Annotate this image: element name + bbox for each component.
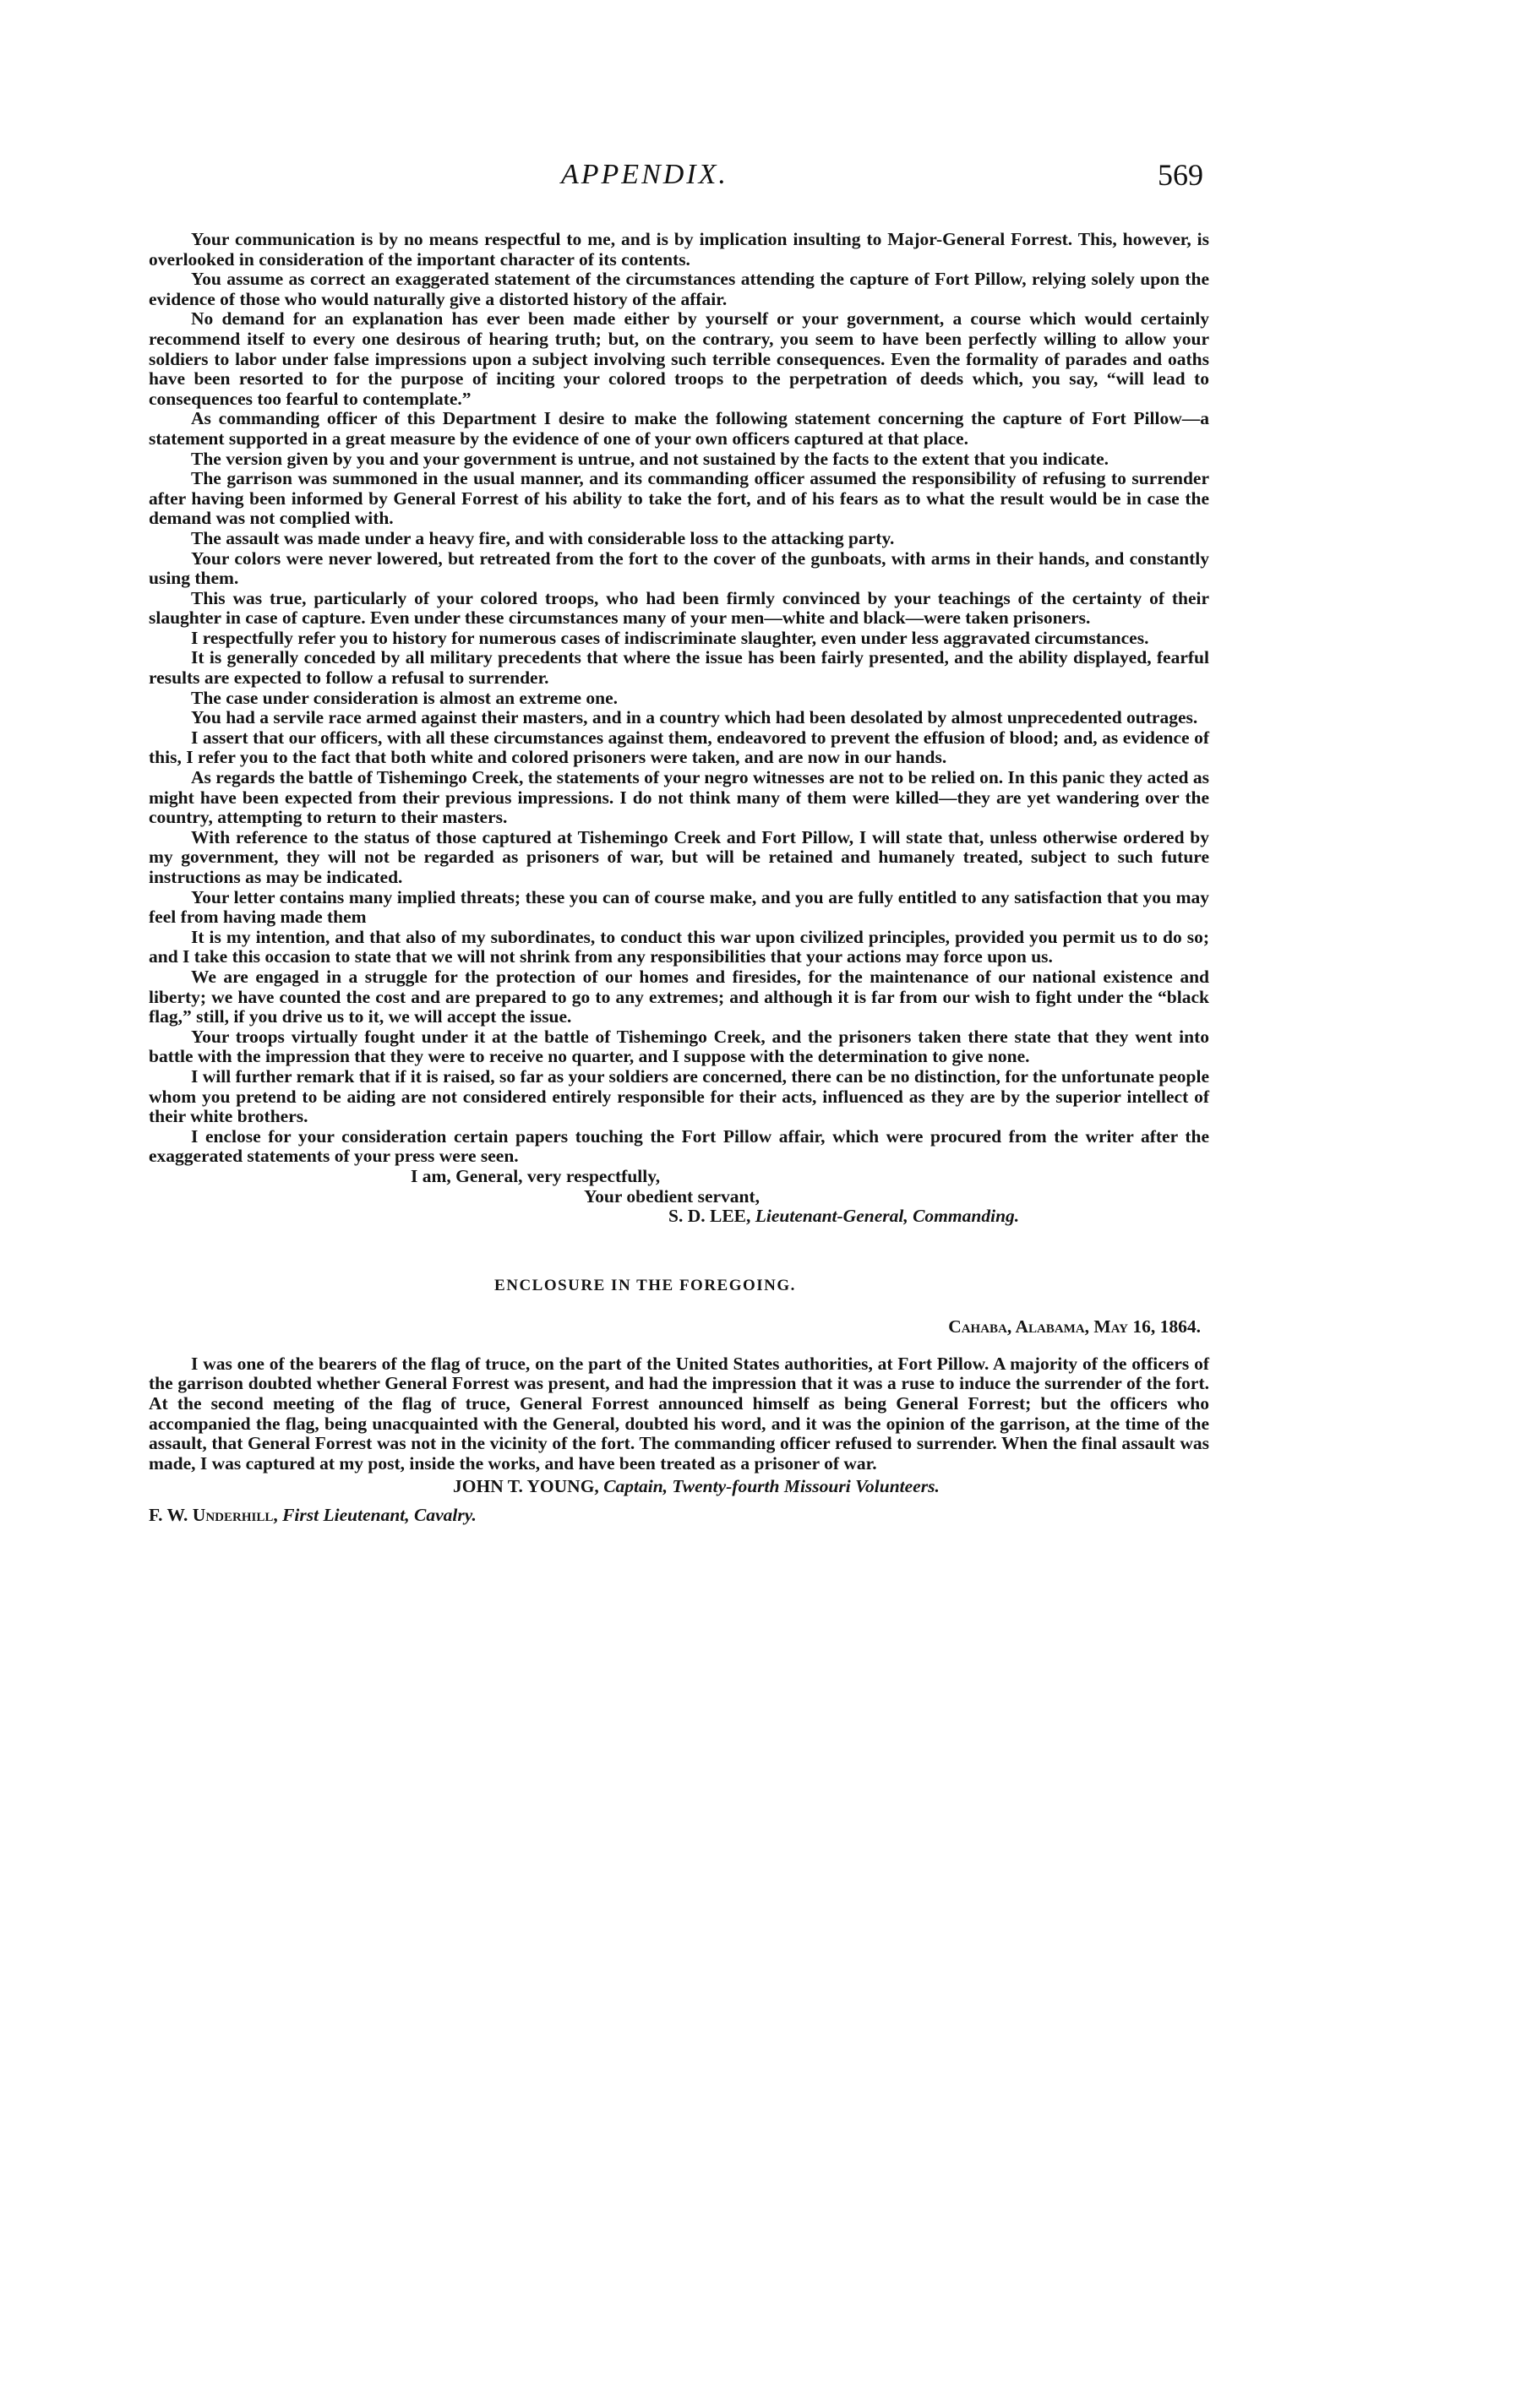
paragraph: Your troops virtually fought under it at… xyxy=(149,1027,1209,1067)
paragraph: I assert that our officers, with all the… xyxy=(149,728,1209,768)
paragraph: The assault was made under a heavy fire,… xyxy=(149,529,1209,549)
valediction: Your obedient servant, xyxy=(149,1187,1209,1207)
signer-name: F. W. Underhill, xyxy=(149,1505,278,1525)
signer-rank: Lieutenant-General, Commanding. xyxy=(755,1206,1019,1226)
letter-closing: I am, General, very respectfully, Your o… xyxy=(149,1167,1209,1227)
signer-rank: Captain, Twenty-fourth Missouri Voluntee… xyxy=(603,1476,940,1496)
paragraph: I will further remark that if it is rais… xyxy=(149,1067,1209,1127)
paragraph: It is my intention, and that also of my … xyxy=(149,928,1209,967)
enclosure-paragraph: I was one of the bearers of the flag of … xyxy=(149,1354,1209,1474)
page-number: 569 xyxy=(1158,157,1203,193)
paragraph: As commanding officer of this Department… xyxy=(149,409,1209,449)
running-head: APPENDIX. 569 xyxy=(0,159,1521,193)
letter-body: Your communication is by no means respec… xyxy=(149,230,1209,1167)
paragraph: You had a servile race armed against the… xyxy=(149,708,1209,728)
paragraph: This was true, particularly of your colo… xyxy=(149,589,1209,629)
running-title: APPENDIX. xyxy=(561,159,728,191)
book-page: APPENDIX. 569 Your communication is by n… xyxy=(0,0,1521,2408)
paragraph: The case under consideration is almost a… xyxy=(149,689,1209,709)
signer-rank: First Lieutenant, Cavalry. xyxy=(282,1505,477,1525)
paragraph: I enclose for your consideration certain… xyxy=(149,1127,1209,1167)
paragraph: The version given by you and your govern… xyxy=(149,449,1209,470)
page-body: Your communication is by no means respec… xyxy=(149,230,1209,1526)
enclosure-dateline: Cahaba, Alabama, May 16, 1864. xyxy=(149,1317,1209,1337)
paragraph: It is generally conceded by all military… xyxy=(149,648,1209,688)
paragraph: Your communication is by no means respec… xyxy=(149,230,1209,270)
signature-lee: S. D. LEE, Lieutenant-General, Commandin… xyxy=(149,1207,1209,1227)
paragraph: The garrison was summoned in the usual m… xyxy=(149,469,1209,529)
signer-name: S. D. LEE, xyxy=(668,1206,750,1226)
paragraph: We are engaged in a struggle for the pro… xyxy=(149,967,1209,1027)
paragraph: I respectfully refer you to history for … xyxy=(149,629,1209,649)
complimentary-close: I am, General, very respectfully, xyxy=(149,1167,1209,1187)
signer-name: JOHN T. YOUNG, xyxy=(453,1476,599,1496)
paragraph: With reference to the status of those ca… xyxy=(149,828,1209,888)
paragraph: You assume as correct an exaggerated sta… xyxy=(149,270,1209,309)
paragraph: As regards the battle of Tishemingo Cree… xyxy=(149,768,1209,828)
signature-underhill: F. W. Underhill, First Lieutenant, Caval… xyxy=(149,1506,1209,1526)
paragraph: No demand for an explanation has ever be… xyxy=(149,309,1209,409)
signature-young: JOHN T. YOUNG, Captain, Twenty-fourth Mi… xyxy=(149,1477,1209,1497)
enclosure-heading: ENCLOSURE IN THE FOREGOING. xyxy=(149,1276,1209,1296)
paragraph: Your colors were never lowered, but retr… xyxy=(149,549,1209,589)
paragraph: Your letter contains many implied threat… xyxy=(149,888,1209,928)
